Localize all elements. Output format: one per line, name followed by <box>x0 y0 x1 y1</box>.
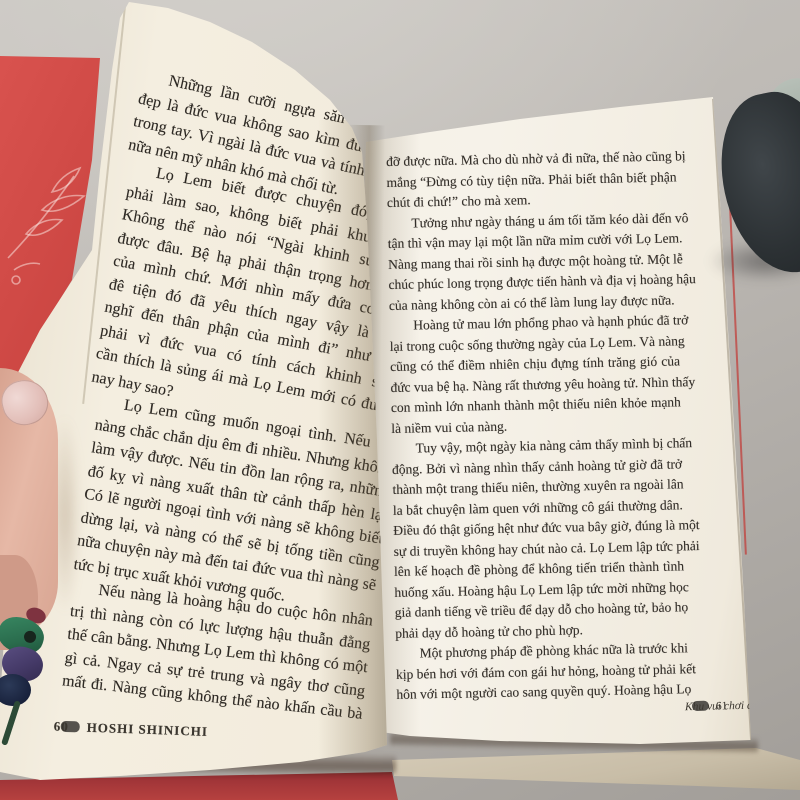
running-head-title: Khu vui chơi của anh N <box>685 699 795 713</box>
paragraph: Tưởng như ngày tháng u ám tối tăm kéo dà… <box>387 208 679 316</box>
publisher-logo-icon <box>61 721 80 733</box>
running-head-author: HOSHI SHINICHI <box>86 720 208 740</box>
paragraph: Một phương pháp đề phòng khác nữa là trư… <box>395 638 686 705</box>
paragraph: đỡ được nữa. Mà cho dù nhờ vả đi nữa, th… <box>386 146 677 213</box>
page-number: 60 <box>53 719 69 736</box>
paragraph: Tuy vậy, một ngày kia nàng cảm thấy mình… <box>392 433 686 644</box>
right-page-text: đỡ được nữa. Mà cho dù nhờ vả đi nữa, th… <box>386 146 687 705</box>
page-number: 61 <box>716 700 728 712</box>
photo-of-open-book: đỡ được nữa. Mà cho dù nhờ vả đi nữa, th… <box>0 0 800 800</box>
paragraph: Hoàng tử mau lớn phổng phao và hạnh phúc… <box>389 310 681 439</box>
